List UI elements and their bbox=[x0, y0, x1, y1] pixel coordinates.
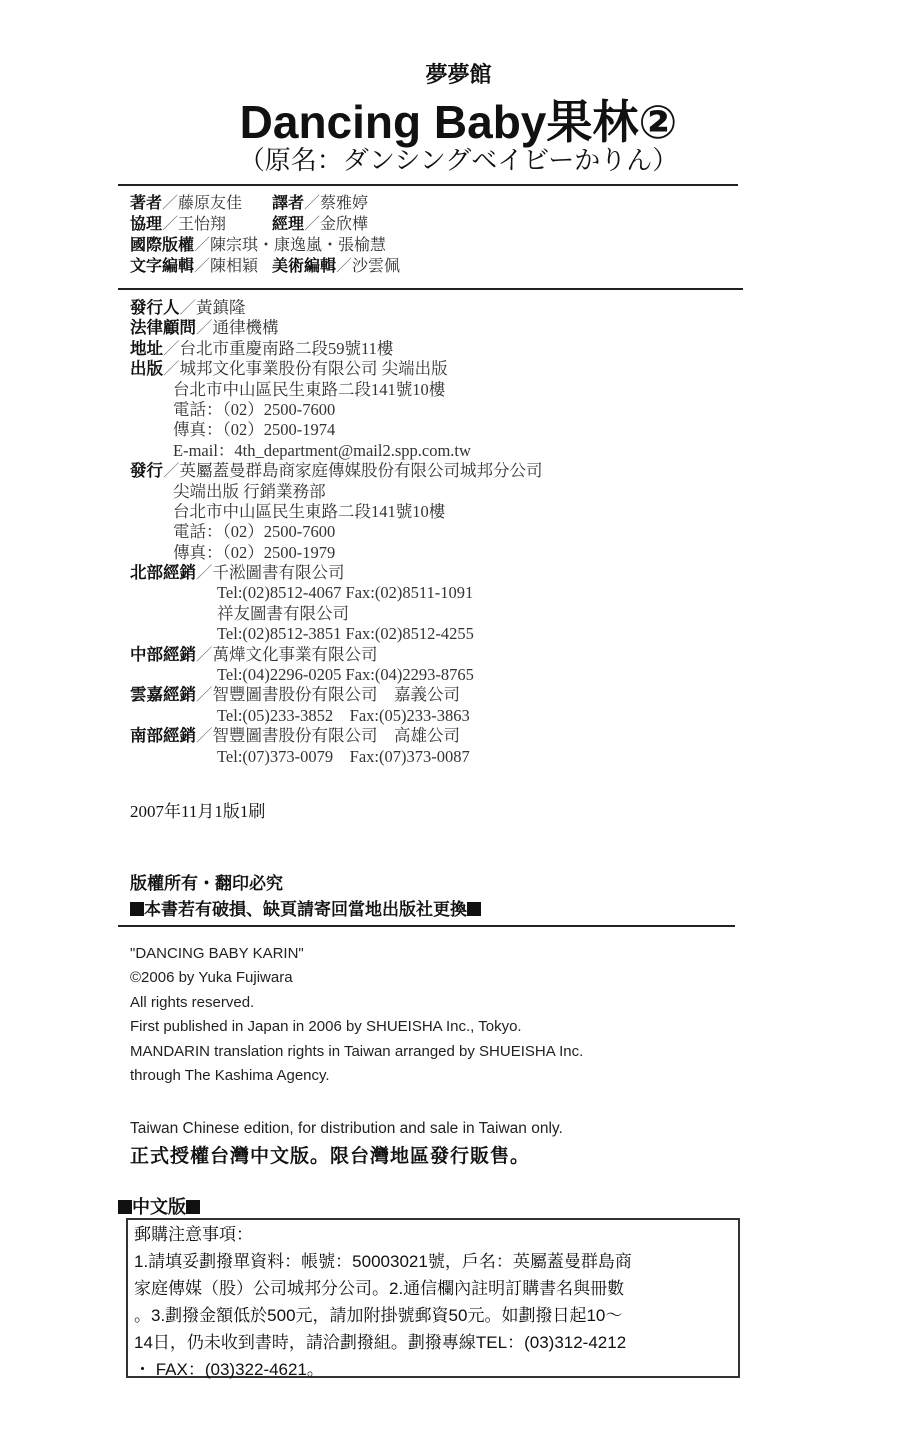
credit-row: 國際版權／陳宗琪・康逸嵐・張榆慧 bbox=[130, 235, 400, 256]
credit-label: 美術編輯 bbox=[272, 258, 336, 275]
credit-value: 王怡翔 bbox=[178, 216, 226, 233]
issuer-value: 黃鎮隆 bbox=[196, 298, 246, 317]
legal-value: 通律機構 bbox=[213, 318, 279, 337]
legal-label: 法律顧問 bbox=[130, 319, 196, 337]
credit-value: 沙雲佩 bbox=[352, 258, 400, 275]
copyright-line: ©2006 by Yuka Fujiwara bbox=[130, 966, 583, 990]
distributor-label: 發行 bbox=[130, 462, 163, 480]
divider-middle bbox=[118, 288, 743, 290]
credit-value: 金欣樺 bbox=[320, 216, 368, 233]
black-square-icon bbox=[130, 902, 144, 916]
chinese-edition-label: 中文版 bbox=[118, 1193, 200, 1219]
publishing-info: 發行人／黃鎮隆 法律顧問／通律機構 地址／台北市重慶南路二段59號11樓 出版／… bbox=[130, 298, 543, 767]
credit-row: 文字編輯／陳相穎美術編輯／沙雲佩 bbox=[130, 256, 400, 277]
south-distributor-label: 南部經銷 bbox=[130, 727, 196, 745]
black-square-icon bbox=[118, 1200, 132, 1214]
credit-value: 陳宗琪・康逸嵐・張榆慧 bbox=[210, 237, 386, 254]
issuer-label: 發行人 bbox=[130, 299, 180, 317]
credits-block: 著者／藤原友佳譯者／蔡雅婷 協理／王怡翔經理／金欣樺 國際版權／陳宗琪・康逸嵐・… bbox=[130, 193, 400, 277]
credit-label: 經理 bbox=[272, 216, 304, 233]
original-title: （原名：ダンシングベイビーかりん） bbox=[0, 140, 917, 177]
black-square-icon bbox=[186, 1200, 200, 1214]
credit-row: 著者／藤原友佳譯者／蔡雅婷 bbox=[130, 193, 400, 214]
divider-bottom bbox=[118, 925, 735, 927]
publisher-label: 出版 bbox=[130, 360, 163, 378]
credit-label: 文字編輯 bbox=[130, 258, 194, 275]
replacement-notice: 本書若有破損、缺頁請寄回當地出版社更換 bbox=[130, 897, 481, 923]
mail-order-title: 郵購注意事項： bbox=[134, 1221, 732, 1248]
credit-value: 陳相穎 bbox=[210, 258, 258, 275]
imprint-name: 夢夢館 bbox=[0, 58, 917, 89]
yunjia-distributor-label: 雲嘉經銷 bbox=[130, 686, 196, 704]
rights-line: 版權所有・翻印必究 bbox=[130, 871, 481, 897]
email-text: E-mail：4th_department@mail2.spp.com.tw bbox=[130, 441, 543, 461]
divider-top bbox=[118, 184, 738, 186]
credit-value: 蔡雅婷 bbox=[320, 195, 368, 212]
credit-row: 協理／王怡翔經理／金欣樺 bbox=[130, 214, 400, 235]
taiwan-only-cn: 正式授權台灣中文版。限台灣地區發行販售。 bbox=[130, 1141, 530, 1168]
credit-value: 藤原友佳 bbox=[178, 195, 242, 212]
credit-label: 協理 bbox=[130, 216, 162, 233]
taiwan-only-en: Taiwan Chinese edition, for distribution… bbox=[130, 1120, 563, 1138]
credit-label: 國際版權 bbox=[130, 237, 194, 254]
central-distributor-label: 中部經銷 bbox=[130, 646, 196, 664]
black-square-icon bbox=[467, 902, 481, 916]
edition-date: 2007年11月1版1刷 bbox=[130, 797, 265, 822]
mail-order-box: 郵購注意事項： 1.請填妥劃撥單資料：帳號：50003021號，戶名：英屬蓋曼群… bbox=[126, 1218, 740, 1378]
address-label: 地址 bbox=[130, 340, 163, 358]
credit-label: 譯者 bbox=[272, 195, 304, 212]
address-value: 台北市重慶南路二段59號11樓 bbox=[180, 339, 394, 358]
english-title: "DANCING BABY KARIN" bbox=[130, 942, 583, 966]
north-distributor-label: 北部經銷 bbox=[130, 564, 196, 582]
english-copyright: "DANCING BABY KARIN" ©2006 by Yuka Fujiw… bbox=[130, 942, 583, 1088]
credit-label: 著者 bbox=[130, 195, 162, 212]
rights-notice: 版權所有・翻印必究 本書若有破損、缺頁請寄回當地出版社更換 bbox=[130, 871, 481, 923]
